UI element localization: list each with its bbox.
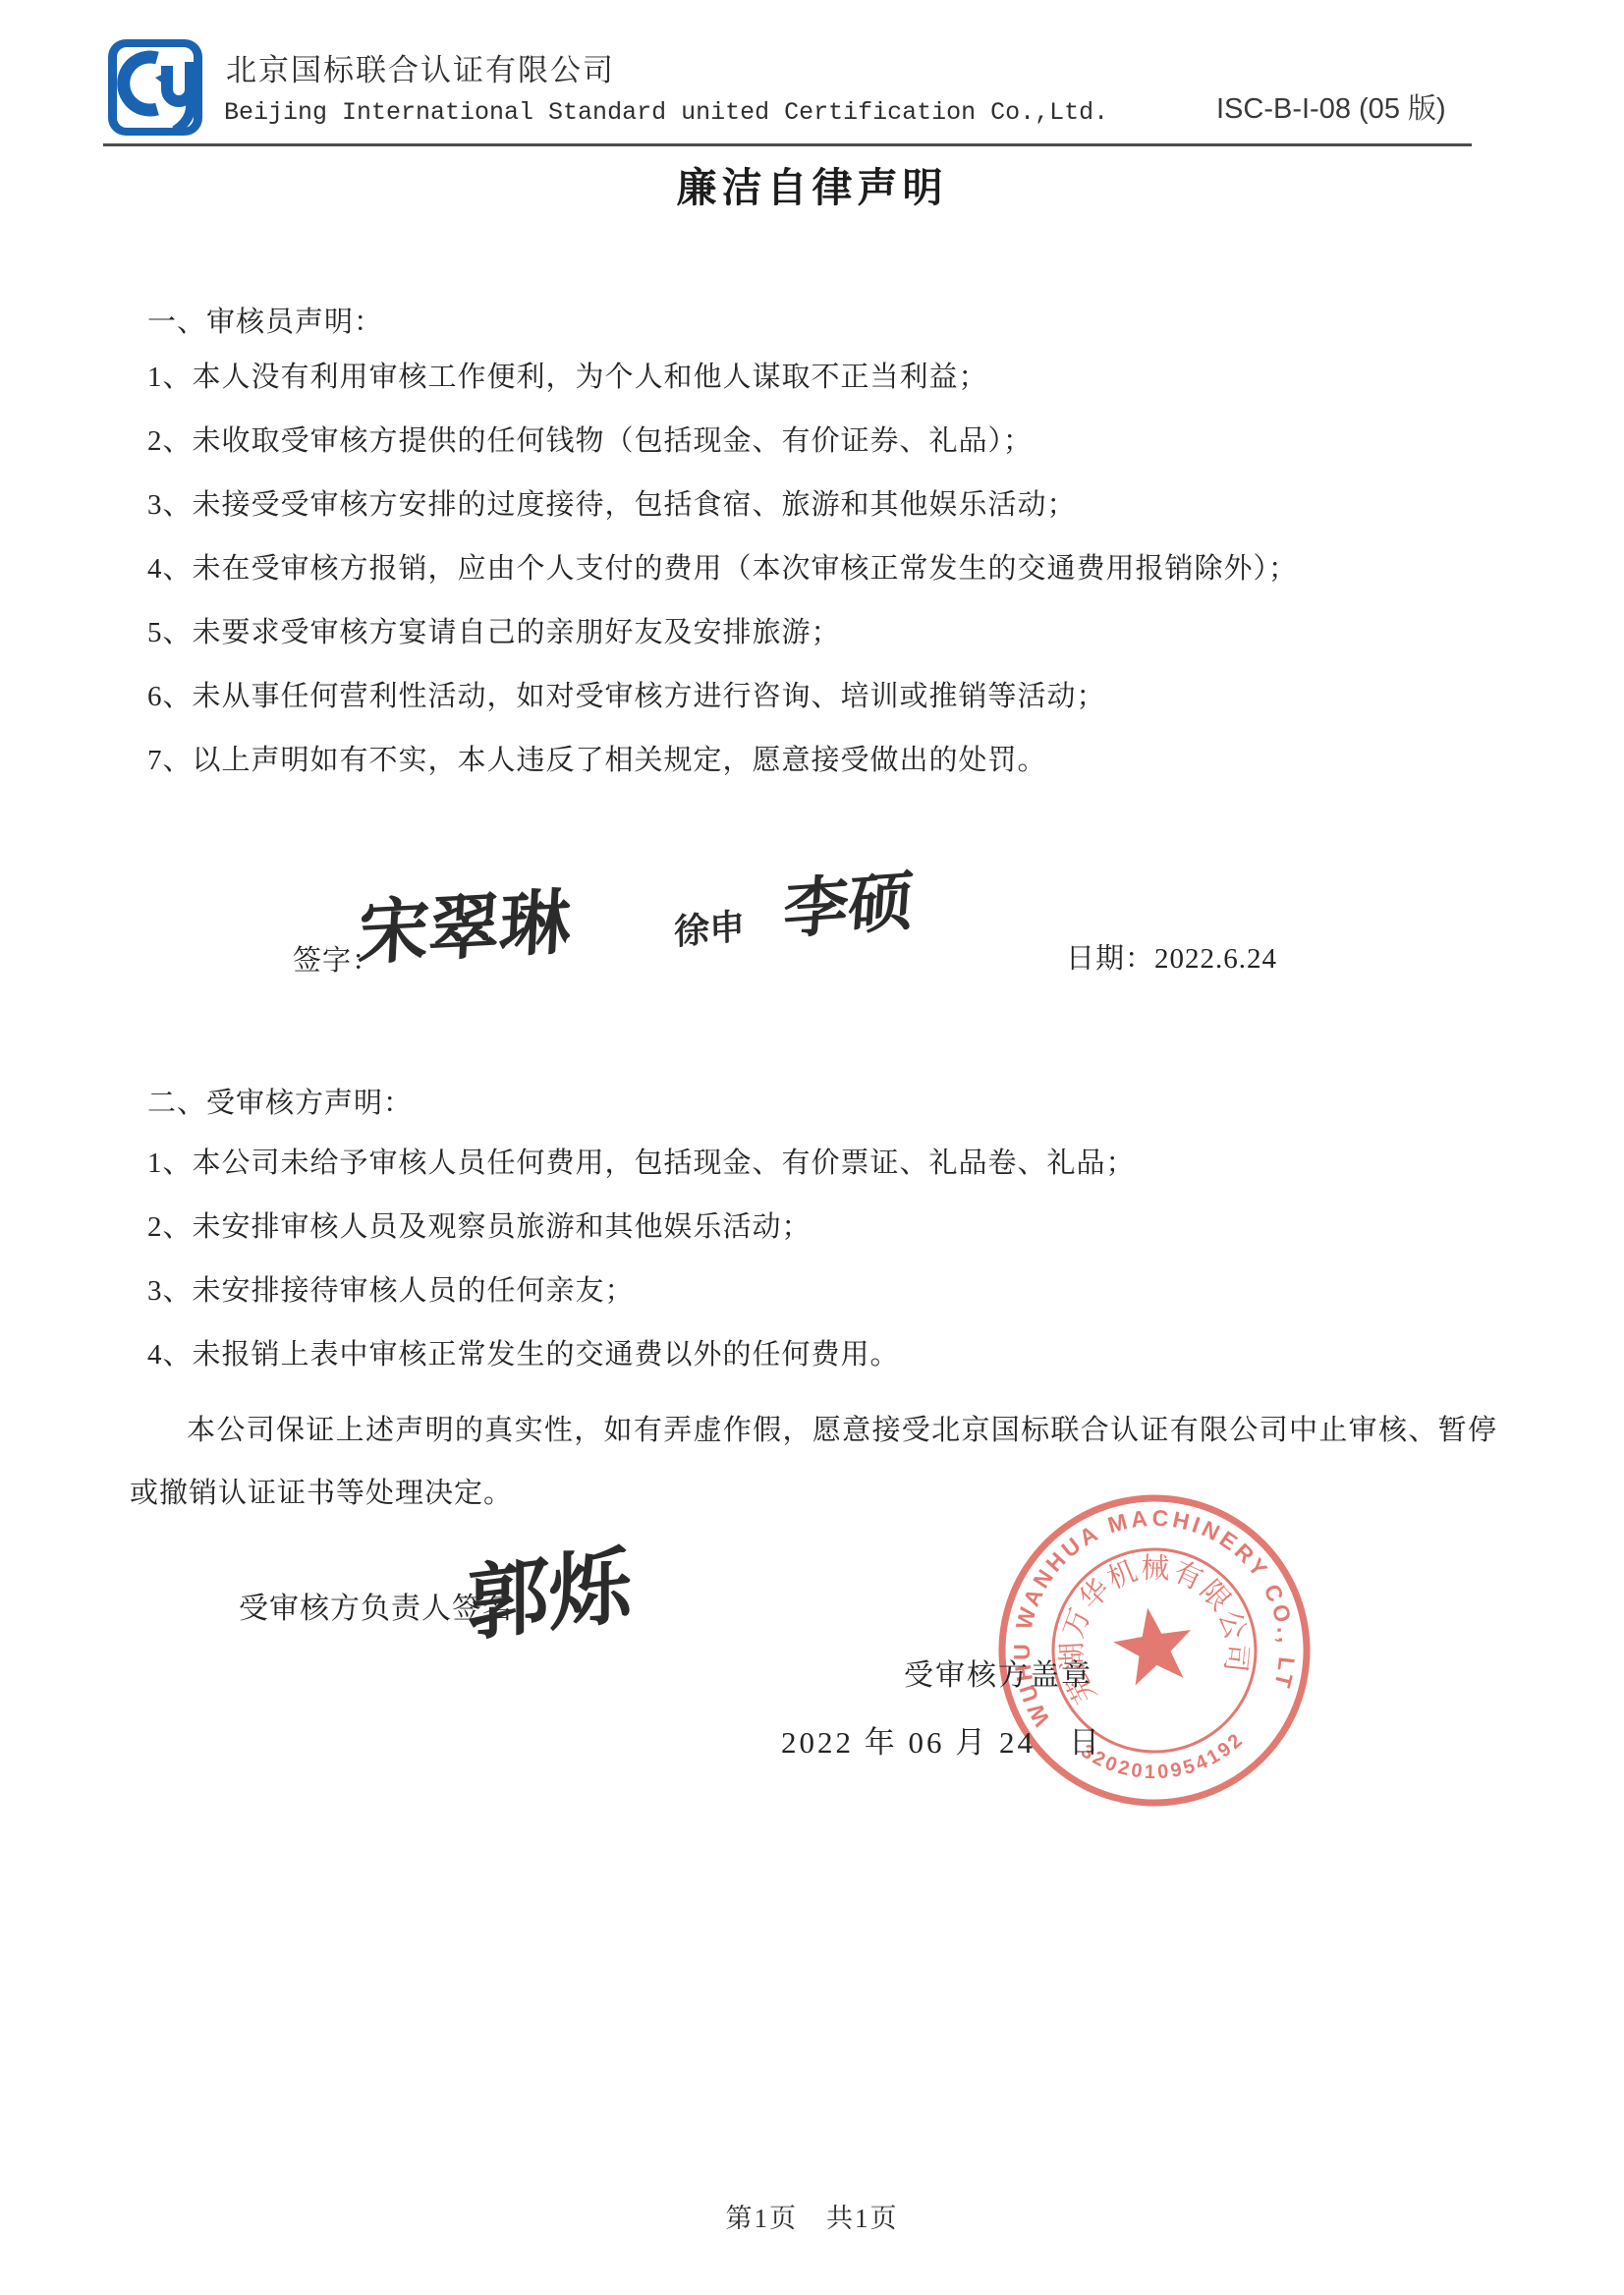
- sign-date: 日期：2022.6.24: [1066, 936, 1277, 977]
- auditor-signature-1: 宋翠琳: [356, 865, 573, 979]
- seal-star-icon: [1109, 1601, 1199, 1688]
- company-name-cn: 北京国标联合认证有限公司: [226, 45, 615, 89]
- list-item: 3、未接受受审核方安排的过度接待，包括食宿、旅游和其他娱乐活动；: [147, 491, 1506, 520]
- section1-items: 1、本人没有利用审核工作便利，为个人和他人谋取不正当利益； 2、未收取受审核方提…: [147, 364, 1506, 811]
- page-footer: 第1页 共1页: [0, 2197, 1624, 2235]
- list-item: 4、未在受审核方报销，应由个人支付的费用（本次审核正常发生的交通费用报销除外）；: [147, 555, 1506, 584]
- list-item: 7、以上声明如有不实，本人违反了相关规定，愿意接受做出的处罚。: [147, 747, 1506, 775]
- list-item: 1、本公司未给予审核人员任何费用，包括现金、有价票证、礼品卷、礼品；: [147, 1149, 1506, 1178]
- list-item: 4、未报销上表中审核正常发生的交通费以外的任何费用。: [147, 1341, 1506, 1370]
- header-divider: [103, 143, 1472, 146]
- section2-heading: 二、受审核方声明：: [147, 1081, 413, 1121]
- responsible-signature: 郭烁: [468, 1518, 632, 1657]
- stamp-date: 2022 年 06 月 24 日: [781, 1717, 1102, 1762]
- list-item: 1、本人没有利用审核工作便利，为个人和他人谋取不正当利益；: [147, 364, 1506, 392]
- document-code: ISC-B-I-08 (05 版): [1216, 86, 1446, 127]
- company-name-en: Beijing International Standard united Ce…: [224, 98, 1108, 127]
- section2-items: 1、本公司未给予审核人员任何费用，包括现金、有价票证、礼品卷、礼品； 2、未安排…: [147, 1149, 1506, 1405]
- list-item: 2、未收取受审核方提供的任何钱物（包括现金、有价证券、礼品）；: [147, 427, 1506, 456]
- auditor-signature-3: 李硕: [781, 848, 917, 951]
- stamp-label: 受审核方盖章: [904, 1651, 1092, 1694]
- list-item: 3、未安排接待审核人员的任何亲友；: [147, 1277, 1506, 1306]
- list-item: 6、未从事任何营利性活动，如对受审核方进行咨询、培训或推销等活动；: [147, 683, 1506, 711]
- page-title: 廉洁自律声明: [0, 155, 1624, 213]
- company-logo: [105, 36, 205, 139]
- list-item: 5、未要求受审核方宴请自己的亲朋好友及安排旅游；: [147, 619, 1506, 647]
- auditor-signature-2: 徐申: [674, 899, 746, 955]
- section1-heading: 一、审核员声明：: [147, 300, 383, 340]
- document-page: 北京国标联合认证有限公司 Beijing International Stand…: [0, 0, 1624, 2295]
- list-item: 2、未安排审核人员及观察员旅游和其他娱乐活动；: [147, 1213, 1506, 1242]
